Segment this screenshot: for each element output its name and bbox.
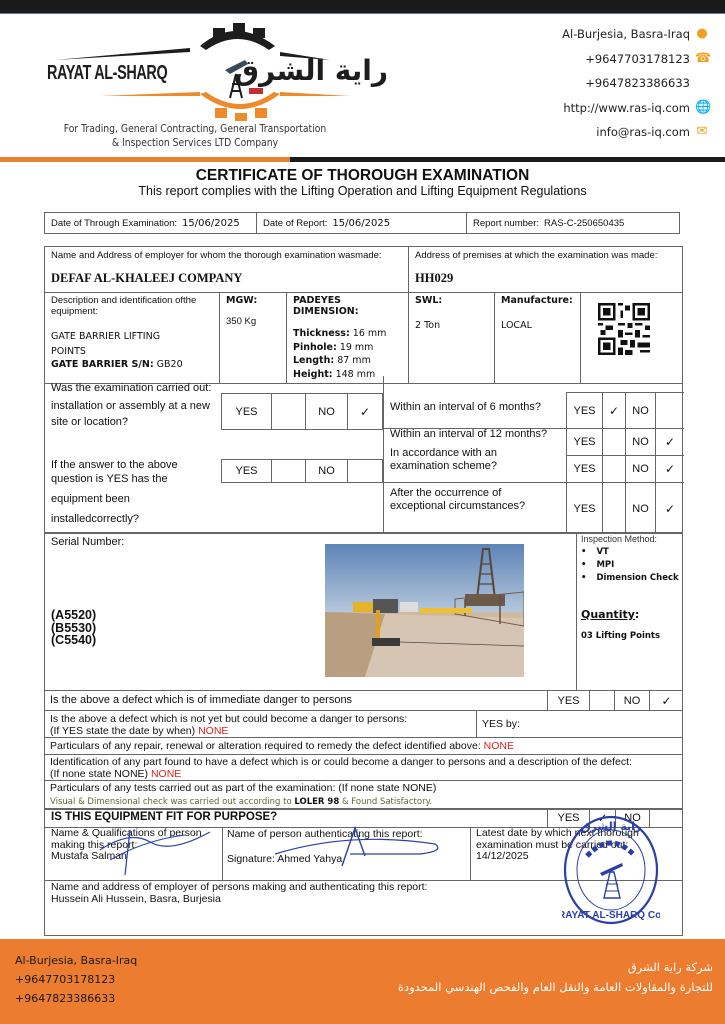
serial-number-list: (A5520) (B5530) (C5540) bbox=[51, 609, 96, 647]
report-date-label: Date of Report: bbox=[263, 218, 327, 229]
mgw-cell: MGW: 350 Kg bbox=[220, 293, 287, 384]
question-installed-line2: equipment been bbox=[51, 492, 130, 507]
qr-cell bbox=[581, 293, 683, 384]
top-bar bbox=[0, 0, 725, 14]
equipment-table: Name and Address of employer for whom th… bbox=[44, 246, 683, 384]
no-label: NO bbox=[626, 429, 656, 455]
pinhole-line: Pinhole: 19 mm bbox=[293, 341, 402, 355]
footer-contact: Al-Burjesia, Basra-Iraq +9647703178123 +… bbox=[15, 951, 137, 1008]
no-checkbox-checked[interactable]: ✓ bbox=[656, 429, 684, 455]
employer-value: DEFAF AL-KHALEEJ COMPANY bbox=[51, 271, 402, 286]
no-checkbox[interactable] bbox=[656, 393, 684, 428]
no-checkbox-checked[interactable]: ✓ bbox=[656, 483, 684, 534]
employer-of-persons-label: Name and address of employer of persons … bbox=[51, 881, 427, 893]
company-logo: RAYAT AL-SHARQ راية الشرق For Trading, G… bbox=[40, 18, 350, 153]
question-installed-line3: installedcorrectly? bbox=[51, 512, 139, 527]
inspection-method-item: •Dimension Check bbox=[581, 572, 681, 585]
location-pin-icon: ● bbox=[695, 27, 709, 41]
answer-installed-correctly: YES NO bbox=[221, 459, 383, 483]
employer-cell: Name and Address of employer for whom th… bbox=[45, 247, 409, 293]
length-line: Length: 87 mm bbox=[293, 354, 402, 368]
immediate-danger-label: Is the above a defect which is of immedi… bbox=[50, 694, 352, 706]
repair-label: Particulars of any repair, renewal or al… bbox=[50, 740, 481, 752]
certificate-subtitle: This report complies with the Lifting Op… bbox=[0, 184, 725, 198]
contact-info: Al-Burjesia, Basra-Iraq● +9647703178123☎… bbox=[562, 22, 709, 145]
swl-value: 2 Ton bbox=[415, 320, 488, 331]
yes-by-label: YES by: bbox=[482, 718, 520, 730]
answer-immediate-danger: YES NO ✓ bbox=[547, 690, 683, 711]
swl-cell: SWL: 2 Ton bbox=[409, 293, 495, 384]
quantity-value: 03 Lifting Points bbox=[581, 631, 681, 641]
padeyes-cell: PADEYES DIMENSION: Thickness: 16 mm Pinh… bbox=[287, 293, 409, 384]
immediate-danger-row: Is the above a defect which is of immedi… bbox=[44, 691, 683, 711]
yes-label: YES bbox=[567, 429, 603, 455]
signature-scribble-icon bbox=[90, 820, 220, 880]
serial-number-item: (C5540) bbox=[51, 634, 96, 647]
serial-number-item: (A5520) bbox=[51, 609, 96, 622]
answer-new-location: YES NO ✓ bbox=[221, 393, 383, 430]
repair-row: Particulars of any repair, renewal or al… bbox=[44, 738, 683, 755]
identification-value: NONE bbox=[151, 768, 181, 780]
premises-label: Address of premises at which the examina… bbox=[415, 250, 676, 261]
contact-phone-1[interactable]: +9647703178123 bbox=[585, 52, 690, 66]
employer-of-persons-cell: Name and address of employer of persons … bbox=[51, 881, 427, 905]
manufacture-label: Manufacture: bbox=[501, 295, 574, 306]
inspection-method-block: Inspection Method: •VT •MPI •Dimension C… bbox=[581, 534, 681, 641]
manufacture-cell: Manufacture: LOCAL bbox=[495, 293, 581, 384]
mgw-label: MGW: bbox=[226, 295, 280, 306]
serial-number-line: GATE BARRIER S/N: GB20 bbox=[51, 359, 213, 370]
report-date-value: 15/06/2025 bbox=[332, 218, 390, 229]
tagline-line-1: For Trading, General Contracting, Genera… bbox=[59, 122, 332, 136]
exam-date-label: Date of Through Examination: bbox=[51, 218, 177, 229]
interval-answers-grid: YES ✓ NO YES NO ✓ YES NO ✓ YES NO ✓ bbox=[566, 392, 684, 533]
description-label: Description and identification ofthe equ… bbox=[51, 295, 213, 317]
repair-value: NONE bbox=[484, 740, 514, 752]
question-12-months: Within an interval of 12 months? bbox=[390, 427, 547, 442]
answer-12-months: YES NO ✓ bbox=[566, 428, 684, 456]
carried-out-label: Was the examination carried out: bbox=[51, 381, 211, 396]
no-label: NO bbox=[306, 460, 348, 482]
svg-text:راية الشرق: راية الشرق bbox=[581, 820, 642, 833]
premises-cell: Address of premises at which the examina… bbox=[409, 247, 683, 293]
report-number-value: RAS-C-250650435 bbox=[544, 218, 624, 229]
qr-code-icon[interactable] bbox=[598, 303, 650, 355]
header-divider bbox=[0, 157, 725, 162]
globe-icon: 🌐 bbox=[695, 101, 709, 115]
yes-checkbox[interactable] bbox=[272, 394, 306, 429]
no-label: NO bbox=[615, 690, 650, 711]
footer-address: Al-Burjesia, Basra-Iraq bbox=[15, 951, 137, 970]
yes-checkbox[interactable] bbox=[603, 429, 626, 455]
future-danger-label: Is the above a defect which is not yet b… bbox=[50, 713, 407, 725]
no-label: NO bbox=[626, 483, 656, 534]
tests-label: Particulars of any tests carried out as … bbox=[50, 782, 436, 794]
premises-value: HH029 bbox=[415, 271, 676, 286]
inspection-method-item: •MPI bbox=[581, 559, 681, 572]
yes-label: YES bbox=[567, 456, 603, 482]
yes-checkbox[interactable] bbox=[603, 483, 626, 534]
tests-value: Visual & Dimensional check was carried o… bbox=[50, 796, 436, 808]
manufacture-value: LOCAL bbox=[501, 320, 574, 331]
question-exam-scheme: In accordance with an examination scheme… bbox=[390, 447, 540, 473]
company-stamp-icon: RAYAT AL-SHARQ Co. راية الشرق bbox=[562, 808, 660, 926]
serial-number-label: Serial Number: bbox=[51, 535, 124, 550]
swl-label: SWL: bbox=[415, 295, 488, 306]
no-label: NO bbox=[626, 393, 656, 428]
footer-phone-2[interactable]: +9647823386633 bbox=[15, 989, 137, 1008]
telephone-icon: ☎ bbox=[695, 52, 709, 66]
footer-phone-1[interactable]: +9647703178123 bbox=[15, 970, 137, 989]
yes-label: YES bbox=[548, 690, 590, 711]
inspection-method-item: •VT bbox=[581, 546, 681, 559]
svg-text:RAYAT AL-SHARQ Co.: RAYAT AL-SHARQ Co. bbox=[562, 910, 660, 921]
contact-address: Al-Burjesia, Basra-Iraq bbox=[562, 27, 690, 41]
yes-checkbox-checked[interactable]: ✓ bbox=[603, 393, 626, 428]
yes-checkbox[interactable] bbox=[272, 460, 306, 482]
yes-checkbox[interactable] bbox=[603, 456, 626, 482]
signature-scribble-icon bbox=[270, 826, 450, 871]
employer-of-persons-value: Hussein Ali Hussein, Basra, Burjesia bbox=[51, 893, 427, 905]
yes-label: YES bbox=[567, 483, 603, 534]
answer-exceptional: YES NO ✓ bbox=[566, 482, 684, 534]
no-label: NO bbox=[306, 394, 348, 429]
yes-label: YES bbox=[222, 394, 272, 429]
identification-label: Identification of any part found to have… bbox=[50, 756, 632, 768]
question-6-months: Within an interval of 6 months? bbox=[390, 400, 541, 415]
no-checkbox-checked[interactable]: ✓ bbox=[650, 690, 683, 711]
no-checkbox[interactable] bbox=[348, 460, 382, 482]
contact-email[interactable]: info@ras-iq.com bbox=[596, 125, 690, 139]
footer: Al-Burjesia, Basra-Iraq +9647703178123 +… bbox=[0, 939, 725, 1024]
future-danger-sub: (If YES state the date by when) bbox=[50, 725, 195, 737]
question-exceptional: After the occurrence of exceptional circ… bbox=[390, 487, 550, 513]
tagline-line-2: & Inspection Services LTD Company bbox=[59, 136, 332, 150]
future-danger-row: Is the above a defect which is not yet b… bbox=[44, 711, 683, 738]
future-danger-value: NONE bbox=[198, 725, 228, 737]
quantity-label: Quantity: bbox=[581, 608, 681, 621]
no-checkbox-checked[interactable]: ✓ bbox=[348, 394, 382, 429]
footer-arabic: شركة راية الشرق للتجارة والمقاولات العام… bbox=[398, 957, 713, 997]
sn-value: GB20 bbox=[157, 359, 183, 370]
employer-label: Name and Address of employer for whom th… bbox=[51, 250, 402, 261]
answer-exam-scheme: YES NO ✓ bbox=[566, 455, 684, 483]
equipment-photo[interactable] bbox=[325, 544, 524, 677]
report-number-label: Report number: bbox=[473, 218, 539, 229]
no-checkbox-checked[interactable]: ✓ bbox=[656, 456, 684, 482]
description-value: GATE BARRIER LIFTING POINTS bbox=[51, 329, 191, 359]
yes-label: YES bbox=[222, 460, 272, 482]
padeyes-label: PADEYES DIMENSION: bbox=[293, 295, 402, 317]
answer-6-months: YES ✓ NO bbox=[566, 392, 684, 429]
description-cell: Description and identification ofthe equ… bbox=[45, 293, 220, 384]
mgw-value: 350 Kg bbox=[226, 316, 280, 327]
exam-date-value: 15/06/2025 bbox=[182, 218, 240, 229]
identification-row: Identification of any part found to have… bbox=[44, 755, 683, 781]
envelope-icon: ✉ bbox=[695, 125, 709, 139]
brand-name-en: RAYAT AL-SHARQ bbox=[47, 62, 167, 85]
contact-phone-2[interactable]: +9647823386633 bbox=[585, 76, 690, 90]
contact-website[interactable]: http://www.ras-iq.com bbox=[563, 101, 690, 115]
tests-row: Particulars of any tests carried out as … bbox=[44, 781, 683, 809]
footer-arabic-line-1: شركة راية الشرق bbox=[398, 957, 713, 977]
thickness-line: Thickness: 16 mm bbox=[293, 327, 402, 341]
yes-label: YES bbox=[567, 393, 603, 428]
question-new-location: installation or assembly at a new site o… bbox=[51, 398, 221, 430]
no-label: NO bbox=[626, 456, 656, 482]
brand-name-ar: راية الشرق bbox=[234, 54, 388, 87]
inspection-method-label: Inspection Method: bbox=[581, 534, 681, 544]
footer-arabic-line-2: للتجارة والمقاولات العامة والنقل العام و… bbox=[398, 977, 713, 997]
date-report-box: Date of Through Examination: 15/06/2025 … bbox=[44, 212, 680, 234]
sn-label: GATE BARRIER S/N: bbox=[51, 359, 154, 370]
identification-sub: (If none state NONE) bbox=[50, 768, 148, 780]
question-installed-correctly: If the answer to the above question is Y… bbox=[51, 458, 221, 486]
tagline: For Trading, General Contracting, Genera… bbox=[59, 122, 332, 150]
yes-checkbox[interactable] bbox=[590, 690, 615, 711]
certificate-title: CERTIFICATE OF THOROUGH EXAMINATION bbox=[0, 167, 725, 185]
